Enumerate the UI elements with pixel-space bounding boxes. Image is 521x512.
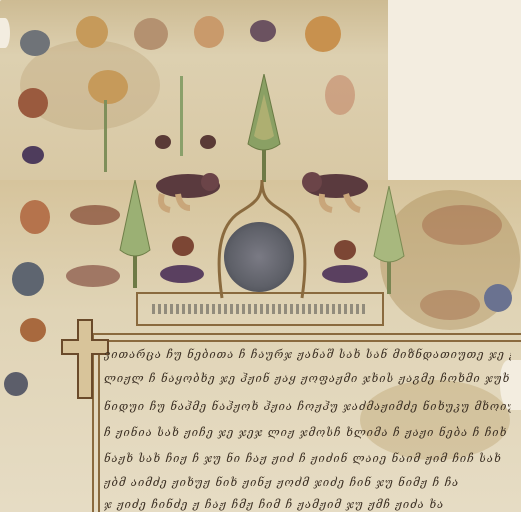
flower-icon [4, 372, 28, 396]
stain [360, 380, 510, 460]
flower-icon [76, 16, 108, 48]
cypress-tree-icon [118, 180, 152, 290]
flower-icon [325, 75, 355, 115]
flower-icon [194, 16, 224, 48]
tulip-icon [160, 265, 204, 283]
flower-icon [305, 16, 341, 52]
text-line: ვითარცა ჩუ ნებითა ჩ ჩაურჯ ჟანაშ სახ სან … [104, 348, 511, 361]
torn-edge-left [0, 18, 10, 48]
stem [104, 100, 107, 172]
cypress-tree-icon [372, 186, 406, 296]
tulip-icon [334, 240, 356, 260]
tulip-icon [172, 236, 194, 256]
flower-icon [88, 70, 128, 104]
flower-icon [12, 262, 44, 296]
frame-line [92, 333, 521, 335]
manuscript-photo: ვითარცა ჩუ ნებითა ჩ ჩაურჯ ჟანაშ სახ სან … [0, 0, 521, 512]
stem [180, 76, 183, 156]
text-line: ნაჟხ სახ ჩიჟ ჩ ჯუ ნი ჩაჟ ჟიძ ჩ ჟიძინ ლაი… [104, 452, 511, 465]
flower-icon [134, 18, 168, 50]
flower-icon [22, 146, 44, 164]
text-line: ჟბმ აიმძე ჟიხუჟ ნიხ ჟინჟ ჟოძმ ჯიძე ჩინ ჯ… [104, 476, 511, 489]
flower-icon [20, 30, 50, 56]
flower-icon [20, 200, 50, 234]
flower-icon [18, 88, 48, 118]
inscription-band [136, 292, 384, 326]
flower-icon [155, 135, 171, 149]
cross-icon [60, 318, 110, 402]
text-line: ჯ ჟიძე ჩინძე ჟ ჩაჟ ჩმჟ ჩიმ ჩ ჟამჟიმ ჯუ ჟ… [104, 498, 511, 511]
flower-icon [484, 284, 512, 312]
flower-icon [250, 20, 276, 42]
flower-icon [200, 135, 216, 149]
cypress-tree-icon [244, 74, 284, 184]
text-line: ნიდუი ჩუ ნაჰმე ნაჰჟოხ ჰჟია ჩოჟჰუ ჯაძმაჟი… [104, 400, 511, 413]
tulip-icon [322, 265, 368, 283]
text-line: ჩ ჟინია სახ ჟიჩე ჯე ჯეჯ ლიჟ ჯმოსჩ ხლიმა … [104, 426, 511, 439]
text-line: ლიჟლ ჩ ნაყობხე ჯე ჰჟინ ჟაყ ჟოფაჟმი ჯხის … [104, 372, 511, 385]
flower-icon [420, 290, 480, 320]
tulip-icon [66, 265, 120, 287]
round-seal [224, 222, 294, 292]
frame-line [92, 340, 521, 342]
flower-icon [422, 205, 502, 245]
flower-icon [20, 318, 46, 342]
tulip-icon [70, 205, 120, 225]
